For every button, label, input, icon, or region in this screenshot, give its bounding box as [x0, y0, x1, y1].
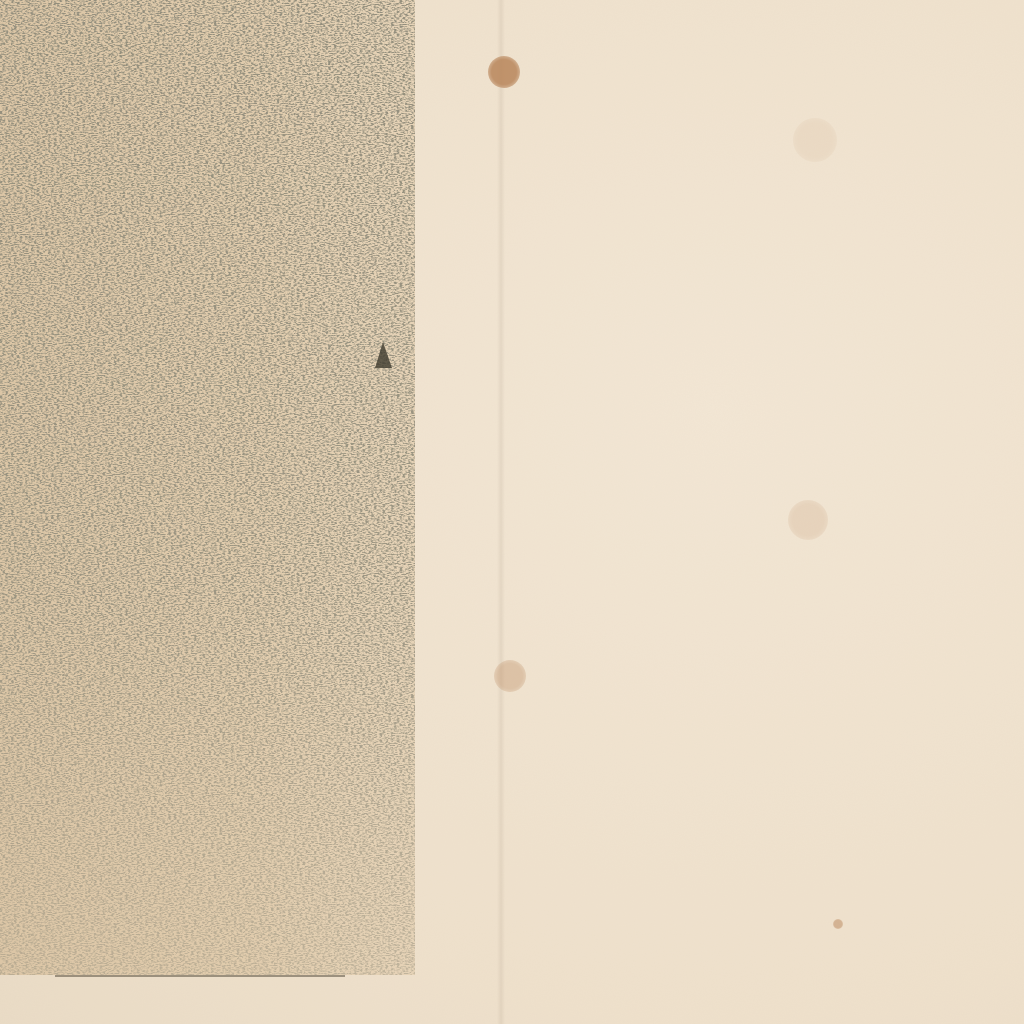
foxing-spot: [788, 500, 828, 540]
foxing-spot: [833, 919, 843, 929]
plate-mark-line: [497, 0, 505, 1024]
printed-plate-area: [0, 0, 415, 975]
aquatint-texture: [0, 0, 415, 975]
foxing-spot: [488, 56, 520, 88]
plate-bottom-edge: [55, 975, 345, 977]
foxing-spot: [793, 118, 837, 162]
foxing-spot: [494, 660, 526, 692]
